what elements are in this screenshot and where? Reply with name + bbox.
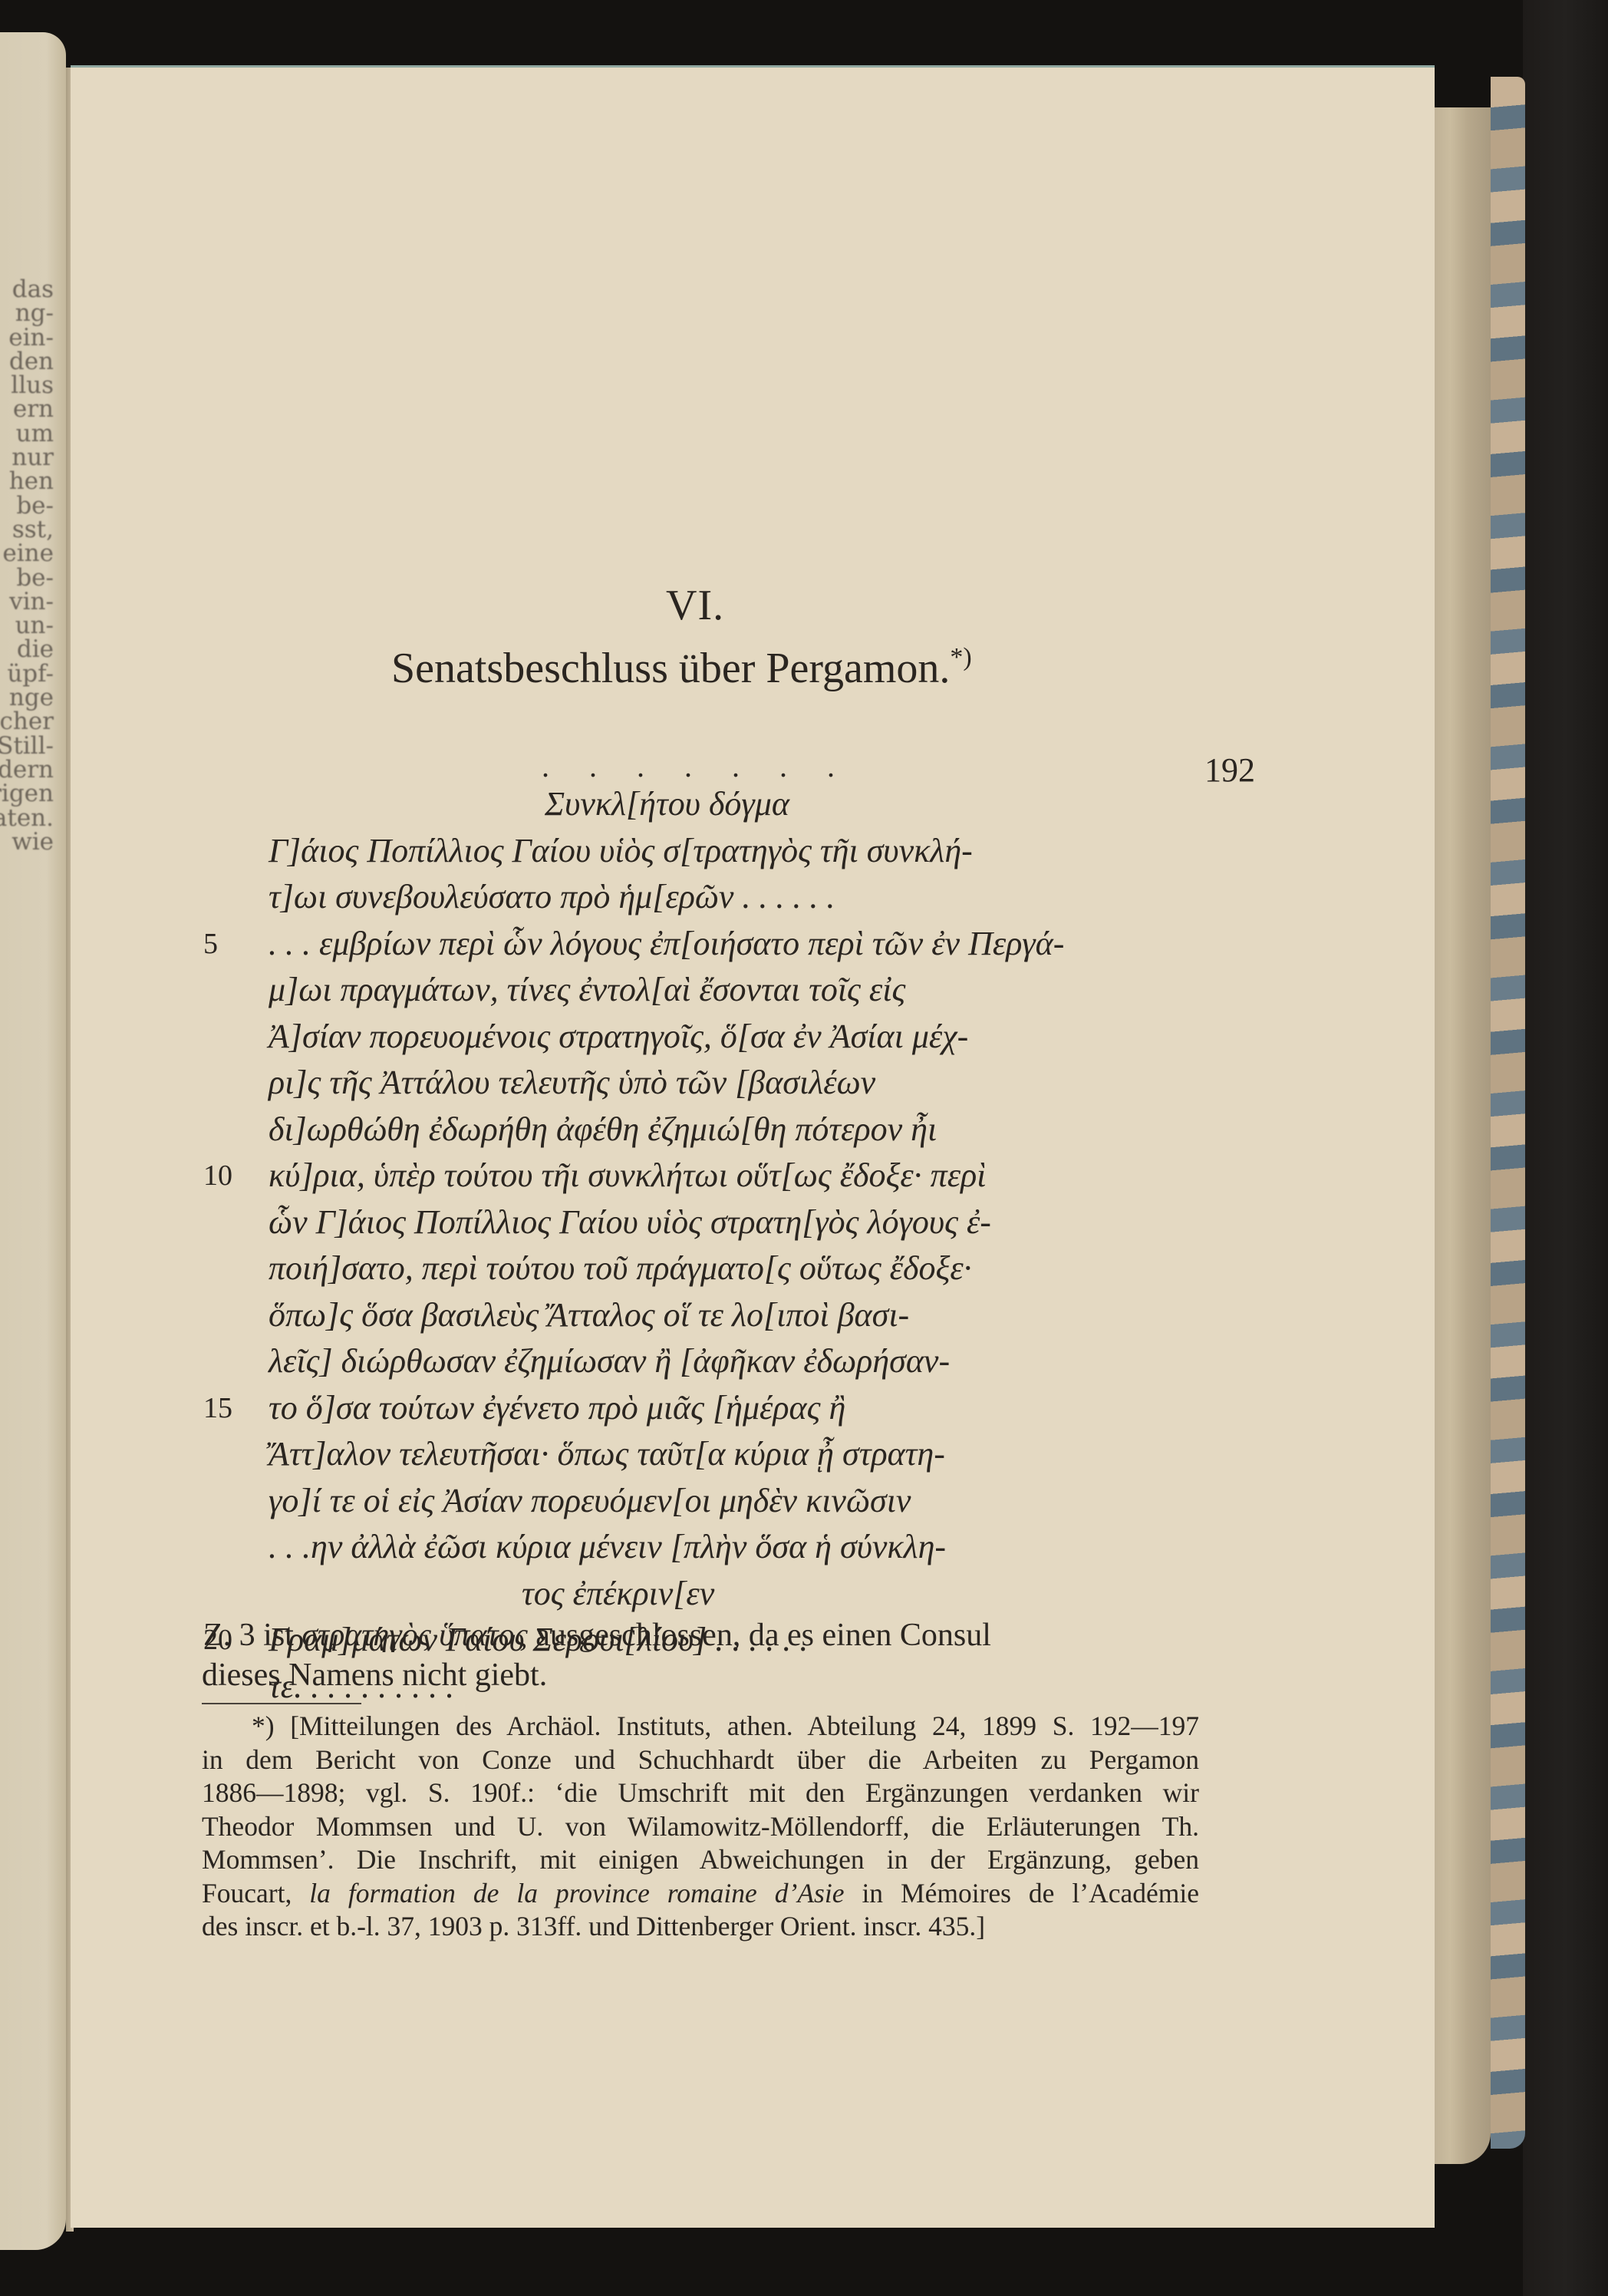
section-title: Senatsbeschluss über Pergamon.*) — [391, 643, 972, 693]
section-title-text: Senatsbeschluss über Pergamon. — [391, 645, 950, 692]
facing-left-page: dasng-ein-denllusernumnurhenbe-sst,eineb… — [0, 32, 66, 2250]
section-number: VI. — [666, 581, 724, 630]
left-page-line-fragment: ng- — [0, 302, 54, 325]
inscription-line-text: Ἄττ]αλον τελευτῆσαι· ὅπως ταῦτ[α κύρια ᾖ… — [269, 1431, 945, 1478]
background-table — [1523, 0, 1608, 2296]
left-page-text-fragments: dasng-ein-denllusernumnurhenbe-sst,eineb… — [0, 278, 54, 854]
left-page-line-fragment: nur — [0, 446, 54, 470]
left-page-line-fragment: Still- — [0, 734, 54, 758]
left-page-line-fragment: das — [0, 278, 54, 302]
inscription-line-text: ὧν Γ]άιος Ποπίλλιος Γαίου υἱὸς στρατη[γὸ… — [269, 1199, 991, 1246]
left-page-line-fragment: eine — [0, 542, 54, 566]
footnote-separator — [202, 1703, 361, 1704]
inscription-line-text: ποιή]σατο, περὶ τούτου τοῦ πράγματο[ς οὕ… — [269, 1245, 972, 1292]
footnote-marker: *) — [950, 643, 971, 671]
page-block-edge — [1433, 107, 1491, 2164]
left-page-line-fragment: den — [0, 350, 54, 374]
left-page-line-fragment: die — [0, 638, 54, 661]
left-page-line-fragment: ein- — [0, 326, 54, 350]
line-number: 5 — [203, 921, 249, 968]
inscription-line-text: Συνκλ[ήτου δόγμα — [545, 781, 789, 828]
marbled-cover-edge — [1491, 77, 1525, 2149]
footnote-line: 1886—1898; vgl. S. 190f.: ‘die Umschrift… — [202, 1776, 1199, 1810]
footnote-line: des inscr. et b.-l. 37, 1903 p. 313ff. u… — [202, 1910, 1199, 1944]
margin-page-reference: 192 — [1204, 750, 1255, 790]
footnote-line: Theodor Mommsen und U. von Wilamowitz-Mö… — [202, 1810, 1199, 1844]
inscription-line-text: δι]ωρθώθη ἐδωρήθη ἀφέθη ἐζημιώ[θη πότερο… — [269, 1107, 937, 1153]
left-page-line-fragment: vin- — [0, 590, 54, 614]
footnote-line: *) [Mitteilungen des Archäol. Instituts,… — [202, 1710, 1199, 1743]
footnote-line: Mommsen’. Die Inschrift, mit einigen Abw… — [202, 1843, 1199, 1877]
footnote-line: Foucart, la formation de la province rom… — [202, 1877, 1199, 1911]
left-page-line-fragment: ern — [0, 398, 54, 421]
left-page-line-fragment: hen — [0, 470, 54, 493]
critical-note: Z. 3 ist στρατηγὸς ὕπατος ausgeschlossen… — [203, 1615, 1201, 1695]
inscription-line-text: ὅπω]ς ὅσα βασιλεὺς Ἄτταλος οἵ τε λο[ιποὶ… — [269, 1292, 909, 1339]
left-page-line-fragment: llus — [0, 374, 54, 398]
inscription-line-text: το ὅ]σα τούτων ἐγένετο πρὸ μιᾶς [ἡμέρας … — [269, 1385, 845, 1432]
inscription-line-text: λεῖς] διώρθωσαν ἐζημίωσαν ἢ [ἀφῆκαν ἐδωρ… — [269, 1338, 950, 1385]
left-page-line-fragment: üpf- — [0, 662, 54, 686]
left-page-line-fragment: wie — [0, 830, 54, 854]
cited-work-title: la formation de la province romaine d’As… — [309, 1878, 844, 1908]
note-greek-term: στρατηγὸς ὕπατος — [301, 1618, 527, 1653]
inscription-line-text: κύ]ρια, ὑπὲρ τούτου τῆι συνκλήτωι οὕτ[ως… — [269, 1153, 986, 1199]
left-page-line-fragment: be- — [0, 494, 54, 518]
left-page-line-fragment: dern — [0, 758, 54, 782]
note-line-2: dieses Namens nicht giebt. — [202, 1655, 1201, 1695]
left-page-line-fragment: aten. — [0, 807, 54, 830]
inscription-line-text: Γ]άιος Ποπίλλιος Γαίου υἱὸς σ[τρατηγὸς τ… — [269, 828, 973, 875]
footnote-line: in dem Bericht von Conze und Schuchhardt… — [202, 1743, 1199, 1777]
inscription-line-text: . . .ην ἀλλὰ ἐῶσι κύρια μένειν [πλὴν ὅσα… — [269, 1524, 946, 1571]
inscription-line-text: ρι]ς τῆς Ἀττάλου τελευτῆς ὑπὸ τῶν [βασιλ… — [269, 1060, 875, 1107]
left-page-line-fragment: cher — [0, 710, 54, 734]
inscription-line-text: . . . εμβρίων περὶ ὧν λόγους ἐπ[οιήσατο … — [269, 921, 1064, 968]
footnote: *) [Mitteilungen des Archäol. Instituts,… — [202, 1710, 1199, 1944]
left-page-line-fragment: nge — [0, 686, 54, 710]
inscription-line-text: τος ἐπέκριν[εν — [522, 1571, 714, 1618]
inscription-line-text: τ]ωι συνεβουλεύσατο πρὸ ἡμ[ερῶν . . . . … — [269, 874, 835, 921]
left-page-line-fragment: be- — [0, 566, 54, 590]
line-number: 10 — [203, 1153, 249, 1199]
left-page-line-fragment: sst, — [0, 518, 54, 542]
left-page-line-fragment: rigen — [0, 782, 54, 806]
note-line-1: Z. 3 ist στρατηγὸς ὕπατος ausgeschlossen… — [203, 1615, 1201, 1655]
inscription-line-text: Ἀ]σίαν πορευομένοις στρατηγοῖς, ὅ[σα ἐν … — [269, 1014, 968, 1061]
inscription-line-text: γο]ί τε οἱ εἰς Ἀσίαν πορευόμεν[οι μηδὲν … — [269, 1478, 911, 1525]
line-number: 15 — [203, 1385, 249, 1432]
lacuna-dots: . . . . . . . — [542, 748, 851, 784]
left-page-line-fragment: um — [0, 422, 54, 446]
inscription-line-text: μ]ωι πραγμάτων, τίνες ἐντολ[αὶ ἔσονται τ… — [269, 967, 905, 1014]
left-page-line-fragment: un- — [0, 614, 54, 638]
